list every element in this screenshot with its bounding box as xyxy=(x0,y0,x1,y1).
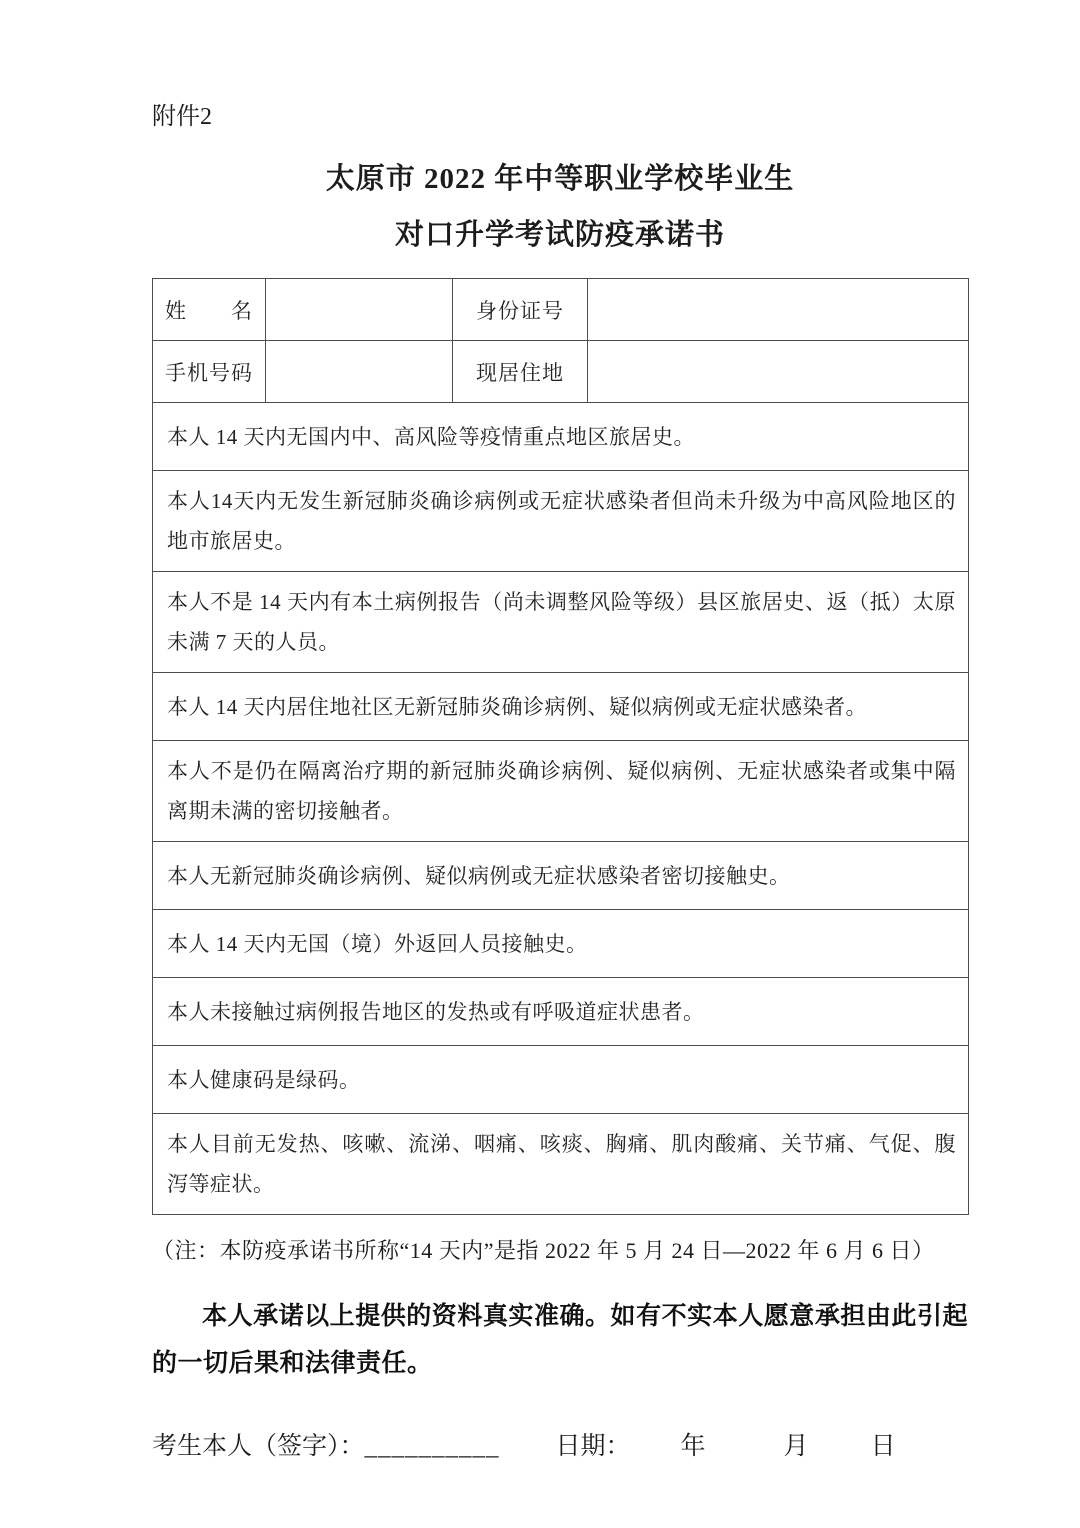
year-label: 年 xyxy=(681,1429,706,1465)
month-label: 月 xyxy=(784,1429,809,1465)
name-value-cell xyxy=(266,279,453,341)
statement-text-3: 本人不是 14 天内有本土病例报告（尚未调整风险等级）县区旅居史、返（抵）太原未… xyxy=(153,572,969,673)
commitment-paragraph: 本人承诺以上提供的资料真实准确。如有不实本人愿意承担由此引起的一切后果和法律责任… xyxy=(152,1293,968,1387)
residence-label: 现居住地 xyxy=(453,341,588,403)
phone-value-cell xyxy=(266,341,453,403)
statement-text-6: 本人无新冠肺炎确诊病例、疑似病例或无症状感染者密切接触史。 xyxy=(153,842,969,910)
phone-label: 手机号码 xyxy=(153,341,266,403)
note-text: （注：本防疫承诺书所称“14 天内”是指 2022 年 5 月 24 日—202… xyxy=(152,1235,968,1267)
statement-text-9: 本人健康码是绿码。 xyxy=(153,1046,969,1114)
statement-text-2: 本人14天内无发生新冠肺炎确诊病例或无症状感染者但尚未升级为中高风险地区的地市旅… xyxy=(153,471,969,572)
statement-row-9: 本人健康码是绿码。 xyxy=(153,1046,969,1114)
statement-text-4: 本人 14 天内居住地社区无新冠肺炎确诊病例、疑似病例或无症状感染者。 xyxy=(153,673,969,741)
statement-row-3: 本人不是 14 天内有本土病例报告（尚未调整风险等级）县区旅居史、返（抵）太原未… xyxy=(153,572,969,673)
date-label: 日期： xyxy=(556,1429,631,1465)
statement-row-10: 本人目前无发热、咳嗽、流涕、咽痛、咳痰、胸痛、肌肉酸痛、关节痛、气促、腹泻等症状… xyxy=(153,1114,969,1215)
statement-row-7: 本人 14 天内无国（境）外返回人员接触史。 xyxy=(153,910,969,978)
name-label: 姓 名 xyxy=(153,279,266,341)
table-row-contact: 手机号码 现居住地 xyxy=(153,341,969,403)
statement-row-4: 本人 14 天内居住地社区无新冠肺炎确诊病例、疑似病例或无症状感染者。 xyxy=(153,673,969,741)
statement-text-10: 本人目前无发热、咳嗽、流涕、咽痛、咳痰、胸痛、肌肉酸痛、关节痛、气促、腹泻等症状… xyxy=(153,1114,969,1215)
signature-blank: __________ xyxy=(365,1429,500,1465)
statement-row-2: 本人14天内无发生新冠肺炎确诊病例或无症状感染者但尚未升级为中高风险地区的地市旅… xyxy=(153,471,969,572)
id-number-label: 身份证号 xyxy=(453,279,588,341)
statement-text-1: 本人 14 天内无国内中、高风险等疫情重点地区旅居史。 xyxy=(153,403,969,471)
attachment-label: 附件2 xyxy=(152,102,968,132)
statement-text-5: 本人不是仍在隔离治疗期的新冠肺炎确诊病例、疑似病例、无症状感染者或集中隔离期未满… xyxy=(153,741,969,842)
table-row-identity: 姓 名 身份证号 xyxy=(153,279,969,341)
statement-row-6: 本人无新冠肺炎确诊病例、疑似病例或无症状感染者密切接触史。 xyxy=(153,842,969,910)
statement-row-1: 本人 14 天内无国内中、高风险等疫情重点地区旅居史。 xyxy=(153,403,969,471)
statement-text-8: 本人未接触过病例报告地区的发热或有呼吸道症状患者。 xyxy=(153,978,969,1046)
commitment-form-table: 姓 名 身份证号 手机号码 现居住地 本人 14 天内无国内中、高风险等疫情重点… xyxy=(152,278,969,1215)
document-title-line1: 太原市 2022 年中等职业学校毕业生 xyxy=(152,158,968,200)
document-title-line2: 对口升学考试防疫承诺书 xyxy=(152,214,968,256)
statement-row-5: 本人不是仍在隔离治疗期的新冠肺炎确诊病例、疑似病例、无症状感染者或集中隔离期未满… xyxy=(153,741,969,842)
residence-value-cell xyxy=(588,341,969,403)
statement-text-7: 本人 14 天内无国（境）外返回人员接触史。 xyxy=(153,910,969,978)
signee-label: 考生本人（签字）： xyxy=(152,1429,365,1465)
statement-row-8: 本人未接触过病例报告地区的发热或有呼吸道症状患者。 xyxy=(153,978,969,1046)
signature-line: 考生本人（签字）： __________ 日期： 年 月 日 xyxy=(152,1429,968,1465)
day-label: 日 xyxy=(871,1429,896,1465)
id-number-value-cell xyxy=(588,279,969,341)
document-page: 附件2 太原市 2022 年中等职业学校毕业生 对口升学考试防疫承诺书 姓 名 … xyxy=(0,0,1080,1528)
